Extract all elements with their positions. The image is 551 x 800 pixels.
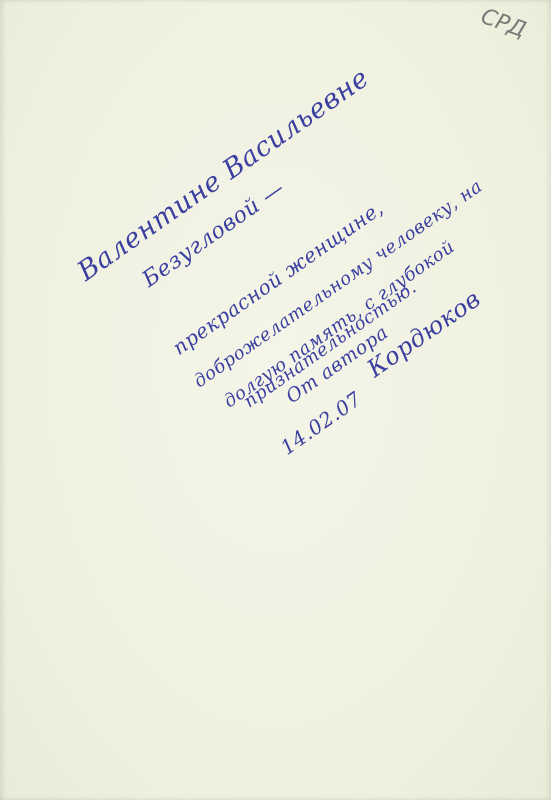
document-page: СРД Валентине Васильевне Безугловой — пр… xyxy=(0,0,551,800)
corner-pencil-mark: СРД xyxy=(477,4,529,43)
